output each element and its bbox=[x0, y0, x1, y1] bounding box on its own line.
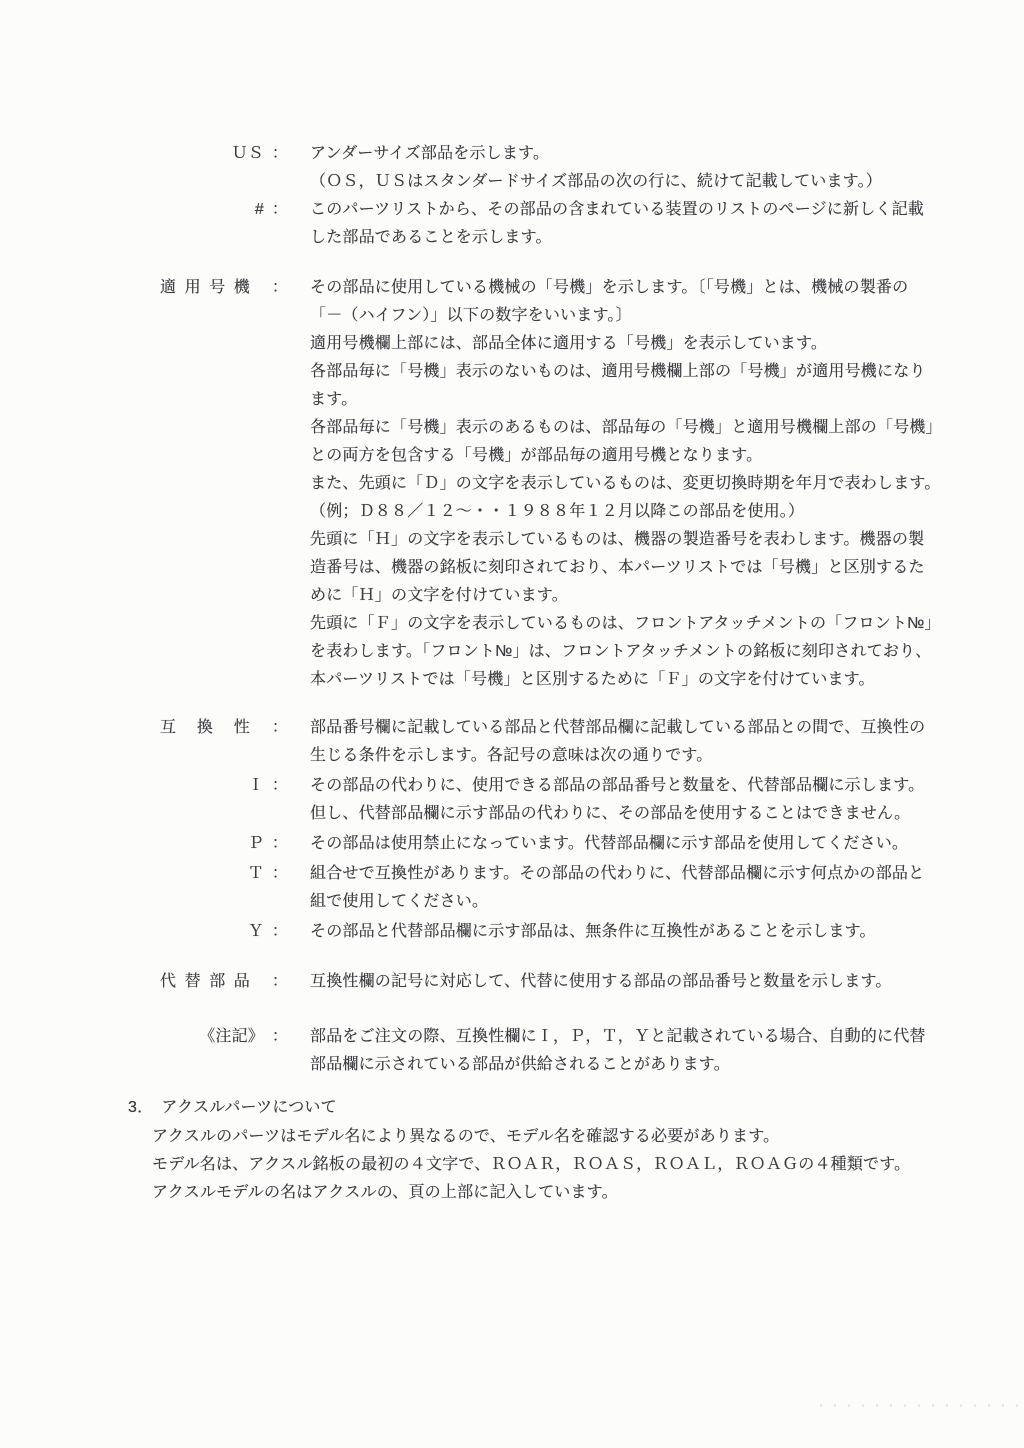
text-line: 適用号機欄上部には、部品全体に適用する「号機」を表示しています。 bbox=[310, 330, 942, 358]
term-body-interchangeability: 部品番号欄に記載している部品と代替部品欄に記載している部品との間で、互換性の生じ… bbox=[310, 714, 940, 770]
scan-noise-artifact bbox=[820, 1404, 1020, 1407]
symbol-body-t: 組合せで互換性があります。その部品の代わりに、代替部品欄に示す何点かの部品と組で… bbox=[310, 860, 940, 916]
colon-separator: ： bbox=[250, 714, 310, 742]
term-body-substitute-parts: 互換性欄の記号に対応して、代替に使用する部品の部品番号と数量を示します。 bbox=[310, 968, 940, 996]
text-line: 互換性欄の記号に対応して、代替に使用する部品の部品番号と数量を示します。 bbox=[310, 968, 940, 996]
symbol-body-i: その部品の代わりに、使用できる部品の部品番号と数量を、代替部品欄に示します。但し… bbox=[310, 772, 940, 828]
text-line: 但し、代替部品欄に示す部品の代わりに、その部品を使用することはできません。 bbox=[310, 800, 940, 828]
text-line: 「－（ハイフン）」以下の数字をいいます。〕 bbox=[310, 302, 942, 330]
text-line: との両方を包含する「号機」が部品毎の適用号機となります。 bbox=[310, 442, 942, 470]
note-row: 《注記》 ： 部品をご注文の際、互換性欄にＩ，Ｐ，Ｔ，Ｙと記載されている場合、自… bbox=[160, 1023, 940, 1079]
symbol-label-y: Ｙ bbox=[174, 918, 264, 946]
section-axle-body: アクスルのパーツはモデル名により異なるので、モデル名を確認する必要があります。モ… bbox=[152, 1123, 910, 1207]
text-line: 部品欄に示されている部品が供給されることがあります。 bbox=[310, 1051, 940, 1079]
term-row-interchangeability: 互換性 ： 部品番号欄に記載している部品と代替部品欄に記載している部品との間で、… bbox=[160, 714, 940, 770]
section-number: 3． bbox=[128, 1099, 153, 1116]
text-line: めに「Ｈ」の文字を付けています。 bbox=[310, 582, 942, 610]
note-body: 部品をご注文の際、互換性欄にＩ，Ｐ，Ｔ，Ｙと記載されている場合、自動的に代替部品… bbox=[310, 1023, 940, 1079]
section-axle-parts: 3．アクスルパーツについて アクスルのパーツはモデル名により異なるので、モデル名… bbox=[128, 1094, 910, 1207]
text-line: した部品であることを示します。 bbox=[310, 224, 940, 252]
text-line: アンダーサイズ部品を示します。 bbox=[310, 140, 940, 168]
term-row-substitute-parts: 代替部品 ： 互換性欄の記号に対応して、代替に使用する部品の部品番号と数量を示し… bbox=[160, 968, 940, 996]
text-line: 部品番号欄に記載している部品と代替部品欄に記載している部品との間で、互換性の bbox=[310, 714, 940, 742]
text-line: その部品と代替部品欄に示す部品は、無条件に互換性があることを示します。 bbox=[310, 918, 940, 946]
text-line: 各部品毎に「号機」表示のあるものは、部品毎の「号機」と適用号機欄上部の「号機」 bbox=[310, 414, 942, 442]
symbol-label-p: Ｐ bbox=[174, 830, 264, 858]
legend-symbol-hash: # bbox=[174, 196, 264, 224]
text-line: アクスルモデルの名はアクスルの、頁の上部に記入しています。 bbox=[152, 1179, 910, 1207]
symbol-row-p: Ｐ ： その部品は使用禁止になっています。代替部品欄に示す部品を使用してください… bbox=[160, 830, 940, 858]
scanned-document-page: ＵＳ ： アンダーサイズ部品を示します。（ＯＳ，ＵＳはスタンダードサイズ部品の次… bbox=[0, 0, 1024, 1448]
symbol-row-t: Ｔ ： 組合せで互換性があります。その部品の代わりに、代替部品欄に示す何点かの部… bbox=[160, 860, 940, 916]
section-title: アクスルパーツについて bbox=[161, 1099, 336, 1116]
legend-symbol-us: ＵＳ bbox=[174, 140, 264, 168]
colon-separator: ： bbox=[250, 968, 310, 996]
colon-separator: ： bbox=[250, 274, 310, 302]
text-line: ます。 bbox=[310, 386, 942, 414]
text-line: その部品の代わりに、使用できる部品の部品番号と数量を、代替部品欄に示します。 bbox=[310, 772, 940, 800]
legend-body-us: アンダーサイズ部品を示します。（ＯＳ，ＵＳはスタンダードサイズ部品の次の行に、続… bbox=[310, 140, 940, 196]
text-line: 生じる条件を示します。各記号の意味は次の通りです。 bbox=[310, 742, 940, 770]
symbol-row-y: Ｙ ： その部品と代替部品欄に示す部品は、無条件に互換性があることを示します。 bbox=[160, 918, 940, 946]
term-label-substitute-parts: 代替部品 bbox=[160, 968, 250, 996]
term-label-interchangeability: 互換性 bbox=[160, 714, 250, 742]
text-line: その部品に使用している機械の「号機」を示します。〔「号機」とは、機械の製番の bbox=[310, 274, 942, 302]
symbol-body-y: その部品と代替部品欄に示す部品は、無条件に互換性があることを示します。 bbox=[310, 918, 940, 946]
section-axle-heading: 3．アクスルパーツについて bbox=[128, 1094, 910, 1122]
term-label-applicable-serial: 適用号機 bbox=[160, 274, 250, 302]
text-line: また、先頭に「Ｄ」の文字を表示しているものは、変更切換時期を年月で表わします。 bbox=[310, 470, 942, 498]
text-line: モデル名は、アクスル銘板の最初の４文字で、ＲＯＡＲ，ＲＯＡＳ，ＲＯＡＬ，ＲＯＡＧ… bbox=[152, 1151, 910, 1179]
term-body-applicable-serial: その部品に使用している機械の「号機」を示します。〔「号機」とは、機械の製番の「－… bbox=[310, 274, 942, 694]
term-row-applicable-serial: 適用号機 ： その部品に使用している機械の「号機」を示します。〔「号機」とは、機… bbox=[160, 274, 940, 694]
note-label: 《注記》 bbox=[174, 1023, 264, 1051]
text-line: その部品は使用禁止になっています。代替部品欄に示す部品を使用してください。 bbox=[310, 830, 940, 858]
document-content: ＵＳ ： アンダーサイズ部品を示します。（ＯＳ，ＵＳはスタンダードサイズ部品の次… bbox=[160, 140, 940, 1079]
text-line: 本パーツリストでは「号機」と区別するために「Ｆ」の文字を付けています。 bbox=[310, 666, 942, 694]
text-line: 造番号は、機器の銘板に刻印されており、本パーツリストでは「号機」と区別するた bbox=[310, 554, 942, 582]
text-line: （例；Ｄ８８／１２～・・１９８８年１２月以降この部品を使用。） bbox=[310, 498, 942, 526]
text-line: 部品をご注文の際、互換性欄にＩ，Ｐ，Ｔ，Ｙと記載されている場合、自動的に代替 bbox=[310, 1023, 940, 1051]
legend-entry-undersize: ＵＳ ： アンダーサイズ部品を示します。（ＯＳ，ＵＳはスタンダードサイズ部品の次… bbox=[160, 140, 940, 196]
text-line: （ＯＳ，ＵＳはスタンダードサイズ部品の次の行に、続けて記載しています。） bbox=[310, 168, 940, 196]
text-line: を表わします。「フロント№」は、フロントアタッチメントの銘板に刻印されており、 bbox=[310, 638, 942, 666]
legend-entry-hash: # ： このパーツリストから、その部品の含まれている装置のリストのページに新しく… bbox=[160, 196, 940, 252]
legend-body-hash: このパーツリストから、その部品の含まれている装置のリストのページに新しく記載した… bbox=[310, 196, 940, 252]
text-line: 組合せで互換性があります。その部品の代わりに、代替部品欄に示す何点かの部品と bbox=[310, 860, 940, 888]
text-line: 先頭に「Ｆ」の文字を表示しているものは、フロントアタッチメントの「フロント№」 bbox=[310, 610, 942, 638]
symbol-label-i: Ｉ bbox=[174, 772, 264, 800]
text-line: このパーツリストから、その部品の含まれている装置のリストのページに新しく記載 bbox=[310, 196, 940, 224]
text-line: 先頭に「Ｈ」の文字を表示しているものは、機器の製造番号を表わします。機器の製 bbox=[310, 526, 942, 554]
text-line: 組で使用してください。 bbox=[310, 888, 940, 916]
symbol-label-t: Ｔ bbox=[174, 860, 264, 888]
symbol-row-i: Ｉ ： その部品の代わりに、使用できる部品の部品番号と数量を、代替部品欄に示しま… bbox=[160, 772, 940, 828]
symbol-body-p: その部品は使用禁止になっています。代替部品欄に示す部品を使用してください。 bbox=[310, 830, 940, 858]
text-line: 各部品毎に「号機」表示のないものは、適用号機欄上部の「号機」が適用号機になり bbox=[310, 358, 942, 386]
text-line: アクスルのパーツはモデル名により異なるので、モデル名を確認する必要があります。 bbox=[152, 1123, 910, 1151]
